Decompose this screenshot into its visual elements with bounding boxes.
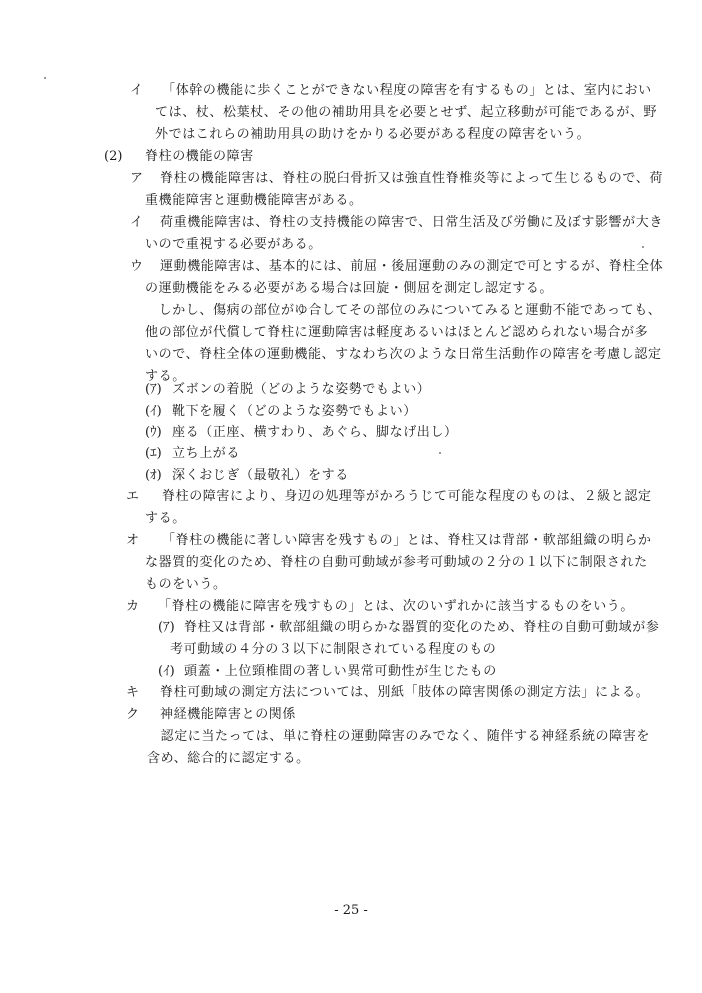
item-i-line-1: 「体幹の機能に歩くことができない程度の障害を有するもの」とは、室内におい [155,83,652,99]
item-i2-marker: イ [130,215,143,231]
scan-speck [439,452,441,454]
item-i2-line-1: 荷重機能障害は、脊柱の支持機能の障害で、日常生活及び労働に及ぼす影響が大き [160,215,663,231]
sub-item-a-text: ズボンの着脱（どのような姿勢でもよい） [172,382,430,398]
item-a-line-1: 脊柱の機能障害は、脊柱の脱臼骨折又は強直性脊椎炎等によって生じるもので、荷 [160,171,663,187]
item-o-marker: オ [126,533,139,549]
sub-item-ka-i-text: 頭蓋・上位頸椎間の著しい異常可動性が生じたもの [184,664,497,680]
item-u-line-1: 運動機能障害は、基本的には、前屈・後屈運動のみの測定で可とするが、脊柱全体 [160,259,663,275]
item-ku-marker: ク [126,707,139,723]
sub-item-e-text: 立ち上がる [172,446,240,462]
item-e-line-1: 脊柱の障害により、身辺の処理等がかろうじて可能な程度のものは、２級と認定 [162,489,652,505]
item-ka-line-1: 「脊柱の機能に障害を残すもの」とは、次のいずれかに該当するものをいう。 [158,599,634,615]
sub-item-ka-i-marker: (ｲ) [158,664,175,680]
item-e-line-2: する。 [145,511,186,527]
sub-item-ka-a-cont: 考可動域の４分の３以下に制限されている程度のもの [170,642,496,658]
item-o-line-3: ものをいう。 [145,577,227,593]
item-a-line-2: 重機能障害と運動機能障害がある。 [145,193,363,209]
sub-item-a-marker: (ｱ) [145,382,162,398]
item-u-line-2: の運動機能をみる必要がある場合は回旋・側屈を測定し認定する。 [145,281,553,297]
item-ki-line-1: 脊柱可動域の測定方法については、別紙「肢体の障害関係の測定方法」による。 [160,685,649,701]
sub-item-ka-a-text: 脊柱又は背部・軟部組織の明らかな器質的変化のため、脊柱の自動可動域が参 [184,620,659,636]
sub-item-ka-a-marker: (ｱ) [158,620,175,636]
item-u-line-3: しかし、傷病の部位がゆ合してその部位のみについてみると運動不能であっても、 [145,303,661,319]
section-2-marker: (2) [104,149,122,165]
item-ku-line-1: 神経機能障害との関係 [160,707,296,723]
sub-item-u-marker: (ｳ) [145,425,162,441]
sub-item-o-marker: (ｵ) [145,468,162,484]
page-number: - 25 - [0,903,702,919]
item-u-line-5: いので、脊柱全体の運動機能、すなわち次のような日常生活動作の障害を考慮し認定 [145,347,662,363]
item-ka-marker: カ [126,599,139,615]
item-ki-marker: キ [126,685,139,701]
item-i2-line-2: いので重視する必要がある。 [145,237,322,253]
item-i-line-3: 外ではこれらの補助用具の助けをかりる必要がある程度の障害をいう。 [155,127,590,143]
item-e-marker: エ [126,489,139,505]
scan-speck [44,77,46,79]
item-i-line-2: ては、杖、松葉杖、その他の補助用具を必要とせず、起立移動が可能であるが、野 [155,105,657,121]
sub-item-i-text: 靴下を履く（どのような姿勢でもよい） [172,404,417,420]
item-o-line-1: 「脊柱の機能に著しい障害を残すもの」とは、脊柱又は背部・軟部組織の明らか [162,533,652,549]
sub-item-o-text: 深くおじぎ（最敬礼）をする [172,468,349,484]
item-a-marker: ア [130,171,143,187]
section-2-heading: 脊柱の機能の障害 [145,149,254,165]
item-ku-line-3: 含め、総合的に認定する。 [147,751,310,767]
item-o-line-2: な器質的変化のため、脊柱の自動可動域が参考可動域の２分の１以下に制限された [145,555,648,571]
scan-speck [642,246,644,248]
sub-item-u-text: 座る（正座、横すわり、あぐら、脚なげ出し） [172,425,458,441]
sub-item-e-marker: (ｴ) [145,446,162,462]
sub-item-i-marker: (ｲ) [145,404,162,420]
item-ku-line-2: 認定に当たっては、単に脊柱の運動障害のみでなく、随伴する神経系統の障害を [147,729,650,745]
item-i-marker: イ [130,83,143,99]
item-u-marker: ウ [130,259,143,275]
item-u-line-4: 他の部位が代償して脊柱に運動障害は軽度あるいはほとんど認められない場合が多 [145,325,648,341]
